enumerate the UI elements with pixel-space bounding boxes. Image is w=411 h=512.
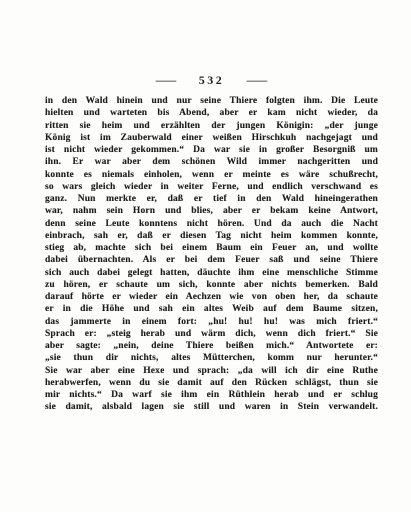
text-line: das jammerte in einem fort: „hu! hu! hu!… xyxy=(45,316,378,328)
text-line: zu hören, er schaute um sich, konnte abe… xyxy=(45,279,378,291)
text-line: so wars gleich wieder in weiter Ferne, u… xyxy=(45,181,378,193)
text-line: ganz. Nun merkte er, daß er tief in den … xyxy=(45,193,378,205)
text-line: in den Wald hinein und nur seine Thiere … xyxy=(45,95,378,107)
page-header: — 532 — xyxy=(45,73,378,88)
text-line: konnte es niemals einholen, wenn er mein… xyxy=(45,169,378,181)
text-line: König ist im Zauberwald einer weißen Hir… xyxy=(45,132,378,144)
text-line: herabwerfen, wenn du sie damit auf den R… xyxy=(45,377,378,389)
text-line: dabei übernachten. Als er bei dem Feuer … xyxy=(45,254,378,266)
text-line: war, nahm sein Horn und blies, aber er b… xyxy=(45,205,378,217)
book-page: — 532 — in den Wald hinein und nur seine… xyxy=(0,0,411,512)
text-line: „sie thun dir nichts, altes Mütterchen, … xyxy=(45,352,378,364)
header-dash-left: — xyxy=(156,73,176,88)
page-text: in den Wald hinein und nur seine Thiere … xyxy=(45,95,378,414)
text-line: hielten und warteten bis Abend, aber er … xyxy=(45,107,378,119)
page-number: 532 xyxy=(199,73,225,88)
text-line: ritten sie heim und erzählten der jungen… xyxy=(45,120,378,132)
text-line: Sie war aber eine Hexe und sprach: „da w… xyxy=(45,365,378,377)
text-line: stieg ab, machte sich bei einem Baum ein… xyxy=(45,242,378,254)
text-line: denn seine Leute konntens nicht hören. U… xyxy=(45,218,378,230)
text-line: darauf hörte er wieder ein Aechzen wie v… xyxy=(45,291,378,303)
text-line: sich auch dabei gelegt hatten, däuchte i… xyxy=(45,267,378,279)
text-line: mir nichts.“ Da warf sie ihm ein Rüthlei… xyxy=(45,389,378,401)
text-line: aber sagte: „nein, deine Thiere beißen m… xyxy=(45,340,378,352)
text-line: ist nicht wieder gekommen.“ Da war sie i… xyxy=(45,144,378,156)
text-line: Sprach er: „steig herab und wärm dich, w… xyxy=(45,328,378,340)
text-line: sie damit, alsbald lagen sie still und w… xyxy=(45,401,378,413)
header-dash-right: — xyxy=(247,73,267,88)
text-line: er in die Höhe und sah ein altes Weib au… xyxy=(45,303,378,315)
text-line: einbrach, sah er, daß er diesen Tag nich… xyxy=(45,230,378,242)
text-line: ihn. Er war aber dem schönen Wild immer … xyxy=(45,156,378,168)
